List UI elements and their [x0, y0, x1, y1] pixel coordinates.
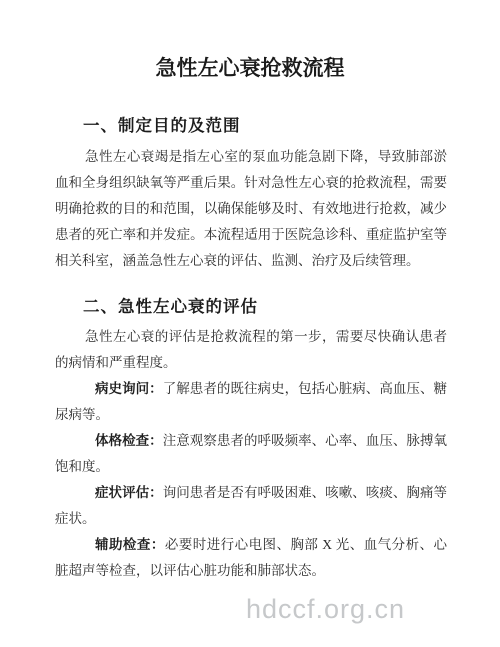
paragraph-auxiliary-exam: 辅助检查：必要时进行心电图、胸部 X 光、血气分析、心脏超声等检查，以评估心脏功… [55, 532, 447, 584]
section-2-intro-paragraph: 急性左心衰的评估是抢救流程的第一步，需要尽快确认患者的病情和严重程度。 [55, 324, 447, 376]
document-title: 急性左心衰抢救流程 [0, 54, 500, 84]
section-2-heading: 二、急性左心衰的评估 [83, 298, 447, 317]
paragraph-label-history-inquiry: 病史询问： [95, 381, 163, 396]
paragraph-history-inquiry: 病史询问：了解患者的既往病史，包括心脏病、高血压、糖尿病等。 [55, 376, 447, 428]
section-1-heading: 一、制定目的及范围 [83, 117, 447, 136]
paragraph-label-auxiliary-exam: 辅助检查： [95, 537, 165, 552]
watermark: hdccf.org.cn [246, 596, 405, 623]
document-page: 急性左心衰抢救流程 一、制定目的及范围 急性左心衰竭是指左心室的泵血功能急剧下降… [0, 0, 500, 647]
paragraph-label-physical-exam: 体格检查： [95, 433, 163, 448]
paragraph-physical-exam: 体格检查：注意观察患者的呼吸频率、心率、血压、脉搏氧饱和度。 [55, 428, 447, 480]
paragraph-symptom-assessment: 症状评估：询问患者是否有呼吸困难、咳嗽、咳痰、胸痛等症状。 [55, 480, 447, 532]
paragraph-label-symptom-assessment: 症状评估： [95, 485, 163, 500]
section-1-paragraph: 急性左心衰竭是指左心室的泵血功能急剧下降，导致肺部淤血和全身组织缺氧等严重后果。… [55, 144, 447, 274]
